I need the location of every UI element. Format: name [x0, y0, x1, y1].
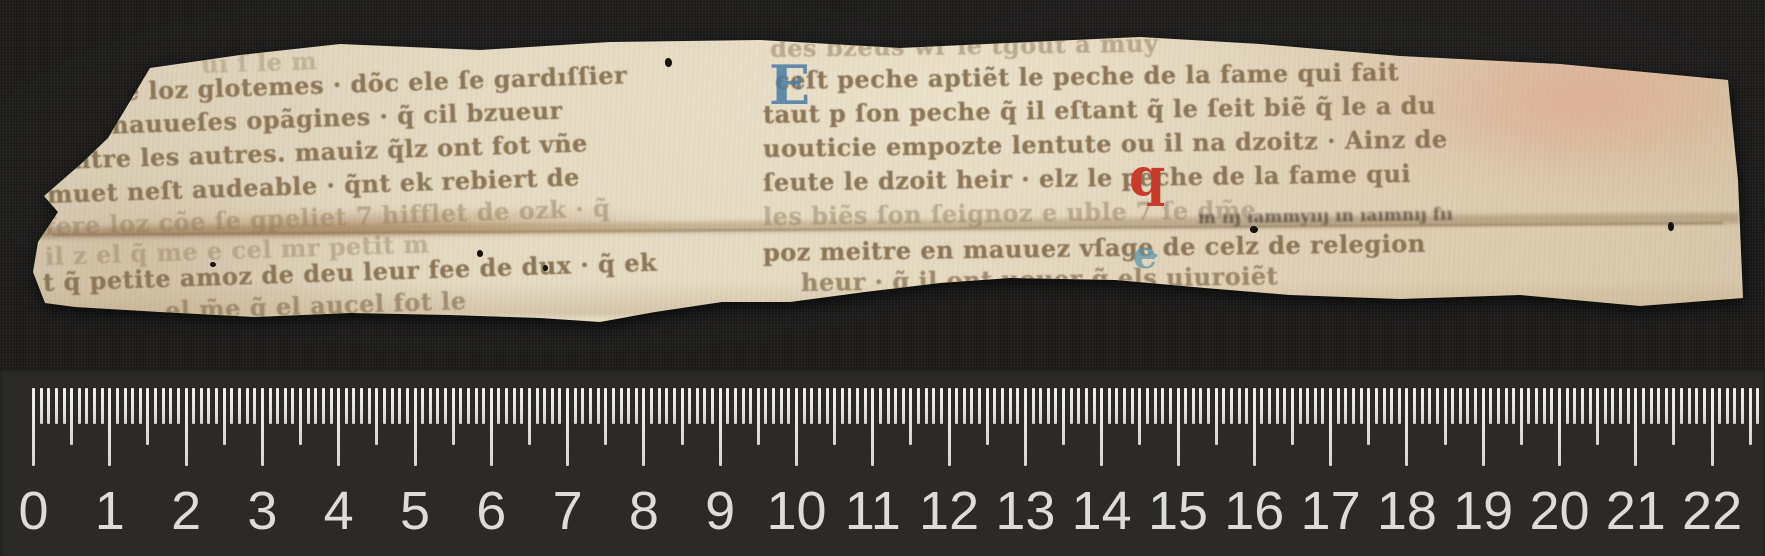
ruler-tick — [932, 388, 935, 424]
ruler-tick — [253, 388, 256, 424]
ruler-tick — [414, 388, 417, 466]
ruler-number: 22 — [1682, 480, 1742, 542]
ruler-tick — [978, 388, 981, 424]
ruler-tick — [879, 388, 882, 424]
ruler-tick — [1573, 388, 1576, 424]
ruler-tick — [246, 388, 249, 424]
ruler-tick — [1085, 388, 1088, 424]
ruler-tick — [1238, 388, 1241, 424]
ruler-tick — [1352, 388, 1355, 424]
ruler-tick — [574, 388, 577, 424]
ruler-tick — [1741, 388, 1744, 424]
ruler-tick — [291, 388, 294, 424]
ruler-tick — [543, 388, 546, 424]
ruler-number: 19 — [1453, 480, 1513, 542]
ruler-number: 8 — [629, 480, 659, 542]
ruler-tick — [55, 388, 58, 424]
ruler-tick — [238, 388, 241, 424]
ruler-tick — [146, 388, 149, 445]
ruler-tick — [1688, 388, 1691, 424]
ruler-tick — [696, 388, 699, 424]
ruler-tick — [627, 388, 630, 424]
ruler-tick — [78, 388, 81, 424]
ruler-tick — [330, 388, 333, 424]
ruler-tick — [1009, 388, 1012, 424]
ruler-tick — [1604, 388, 1607, 424]
ruler-tick — [32, 388, 35, 466]
ruler-tick — [505, 388, 508, 424]
ruler-number: 0 — [18, 480, 48, 542]
ruler-tick — [101, 388, 104, 424]
ruler-tick — [841, 388, 844, 424]
ruler-tick — [1535, 388, 1538, 424]
ruler-tick — [772, 388, 775, 424]
ruler-tick — [551, 388, 554, 424]
ruler-tick — [1413, 388, 1416, 424]
ruler-tick — [375, 388, 378, 445]
ruler-tick — [1672, 388, 1675, 445]
ruler-tick — [322, 388, 325, 424]
ruler-number: 10 — [766, 480, 826, 542]
ruler-tick — [223, 388, 226, 445]
ruler-tick — [940, 388, 943, 424]
ruler-number: 16 — [1224, 480, 1284, 542]
ruler-tick — [520, 388, 523, 424]
ruler-tick — [711, 388, 714, 424]
ruler-tick — [307, 388, 310, 424]
ruler-tick — [1192, 388, 1195, 424]
ruler-tick — [1268, 388, 1271, 424]
ruler-tick — [1756, 388, 1759, 424]
manuscript-fragment: uı ſ le m ere loz glotemes · dõc ele ſe … — [33, 34, 1745, 334]
ink-speck — [210, 262, 216, 267]
ruler-tick — [955, 388, 958, 424]
ruler-tick — [1489, 388, 1492, 424]
pink-stain — [1413, 38, 1743, 170]
ruler-tick — [1077, 388, 1080, 424]
ruler-tick — [856, 388, 859, 424]
ruler-tick — [650, 388, 653, 424]
ruler-number: 1 — [95, 480, 125, 542]
blue-initial-E: E — [769, 58, 810, 112]
ruler-number: 5 — [400, 480, 430, 542]
ruler-tick — [589, 388, 592, 424]
ruler-tick — [1329, 388, 1332, 466]
ruler-number: 14 — [1072, 480, 1132, 542]
ruler-tick — [1260, 388, 1263, 424]
ruler-tick — [490, 388, 493, 466]
ruler-tick — [734, 388, 737, 424]
ruler-tick — [1314, 388, 1317, 424]
ruler-tick — [1436, 388, 1439, 424]
ruler-tick — [391, 388, 394, 424]
ruler-tick — [658, 388, 661, 424]
ruler-tick — [1482, 388, 1485, 466]
ruler-tick — [269, 388, 272, 424]
ruler-tick — [986, 388, 989, 445]
ruler-tick — [1589, 388, 1592, 424]
ruler-number: 15 — [1148, 480, 1208, 542]
ruler-tick — [513, 388, 516, 424]
ruler-tick — [482, 388, 485, 424]
ruler-tick — [1375, 388, 1378, 424]
ruler-tick — [1543, 388, 1546, 424]
ruler-tick — [902, 388, 905, 424]
ruler-tick — [1520, 388, 1523, 445]
ruler-tick — [154, 388, 157, 424]
ruler-tick — [780, 388, 783, 424]
ruler-tick — [764, 388, 767, 424]
ruler-tick — [1726, 388, 1729, 424]
ruler-tick — [1398, 388, 1401, 424]
ruler-tick — [826, 388, 829, 424]
ruler-tick — [1253, 388, 1256, 466]
ruler-tick — [1222, 388, 1225, 424]
ruler-tick — [1177, 388, 1180, 466]
ruler-tick — [398, 388, 401, 424]
ruler-tick — [1283, 388, 1286, 424]
ruler-tick — [1650, 388, 1653, 424]
ruler-number: 21 — [1606, 480, 1666, 542]
ruler-tick — [1657, 388, 1660, 424]
ruler-tick — [1627, 388, 1630, 424]
ruler-tick — [833, 388, 836, 445]
photo-stage: uı ſ le m ere loz glotemes · dõc ele ſe … — [0, 0, 1765, 556]
text-line: heur · q̃ il ont uouer q̃ els uiuroiẽt — [801, 261, 1279, 297]
ruler-tick — [795, 388, 798, 466]
ruler-tick — [1596, 388, 1599, 445]
ruler-tick — [70, 388, 73, 445]
ruler-tick — [1619, 388, 1622, 424]
ruler-tick — [421, 388, 424, 424]
ruler-tick — [1016, 388, 1019, 424]
ruler-tick — [169, 388, 172, 424]
ruler-tick — [1108, 388, 1111, 424]
ruler-tick — [1199, 388, 1202, 424]
ruler-tick — [1070, 388, 1073, 424]
ruler-tick — [131, 388, 134, 424]
ruler-tick — [436, 388, 439, 424]
ruler-tick — [528, 388, 531, 445]
ruler-tick — [467, 388, 470, 424]
ruler-number: 6 — [476, 480, 506, 542]
ruler-tick — [1665, 388, 1668, 424]
ruler-tick — [1466, 388, 1469, 424]
ruler-tick — [1581, 388, 1584, 424]
ruler-tick — [1367, 388, 1370, 445]
ruler-tick — [1451, 388, 1454, 424]
ruler-tick — [116, 388, 119, 424]
ruler-tick — [1459, 388, 1462, 424]
ruler-tick — [1558, 388, 1561, 466]
ruler-tick — [1291, 388, 1294, 445]
ruler-tick — [558, 388, 561, 424]
ruler-tick — [207, 388, 210, 424]
ruler-number: 7 — [553, 480, 583, 542]
ruler-tick — [818, 388, 821, 424]
ruler-tick — [162, 388, 165, 424]
ruler-tick — [1611, 388, 1614, 424]
ruler-tick — [1321, 388, 1324, 424]
ruler-number: 17 — [1301, 480, 1361, 542]
ruler-tick — [925, 388, 928, 424]
ruler-tick — [1642, 388, 1645, 424]
ruler-tick — [1276, 388, 1279, 424]
ruler-tick — [192, 388, 195, 424]
ruler-tick — [108, 388, 111, 466]
ruler-tick — [803, 388, 806, 424]
ruler-tick — [1512, 388, 1515, 424]
ruler-tick — [1405, 388, 1408, 466]
ruler-tick — [1184, 388, 1187, 424]
ruler-tick — [688, 388, 691, 424]
ruler-tick — [757, 388, 760, 445]
ruler-tick — [1733, 388, 1736, 424]
ruler-tick — [360, 388, 363, 424]
ruler-tick — [604, 388, 607, 445]
text-line: ſeute le dzoit heir · elz le peche de la… — [763, 159, 1411, 197]
ruler-tick — [1550, 388, 1553, 424]
ruler-tick — [597, 388, 600, 424]
ink-speck — [477, 250, 483, 257]
ruler-tick — [63, 388, 66, 424]
ink-speck — [543, 265, 548, 271]
ruler-tick — [40, 388, 43, 424]
ruler-tick — [642, 388, 645, 466]
ruler-tick — [1230, 388, 1233, 424]
ruler-tick — [261, 388, 264, 466]
ruler-tick — [787, 388, 790, 424]
ruler-tick — [1062, 388, 1065, 445]
ruler-tick — [1711, 388, 1714, 466]
ruler-tick — [1039, 388, 1042, 424]
ruler: 012345678910111213141516171819202122 — [0, 368, 1765, 556]
ruler-number: 13 — [995, 480, 1055, 542]
ruler-tick — [1115, 388, 1118, 424]
ruler-tick — [810, 388, 813, 424]
ruler-tick — [749, 388, 752, 424]
ruler-tick — [612, 388, 615, 424]
ruler-tick — [1299, 388, 1302, 424]
ruler-tick — [497, 388, 500, 424]
ruler-tick — [1154, 388, 1157, 424]
ruler-tick — [581, 388, 584, 424]
ruler-tick — [444, 388, 447, 424]
ruler-tick — [1054, 388, 1057, 424]
ruler-tick — [1001, 388, 1004, 424]
ruler-tick — [703, 388, 706, 424]
ruler-tick — [864, 388, 867, 424]
ink-speck — [1250, 226, 1258, 233]
ruler-tick — [1146, 388, 1149, 424]
blue-mark-e: e — [1133, 236, 1157, 274]
ruler-tick — [139, 388, 142, 424]
ruler-tick — [1123, 388, 1126, 424]
ruler-number: 11 — [845, 480, 901, 542]
ruler-tick — [1527, 388, 1530, 424]
ruler-tick — [1024, 388, 1027, 466]
ruler-tick — [93, 388, 96, 424]
ruler-tick — [1566, 388, 1569, 424]
ruler-tick — [620, 388, 623, 424]
ruler-tick — [1169, 388, 1172, 424]
ruler-tick — [1383, 388, 1386, 424]
ruler-tick — [970, 388, 973, 424]
ruler-tick — [1337, 388, 1340, 424]
ruler-tick — [177, 388, 180, 424]
ruler-tick — [1474, 388, 1477, 424]
ruler-tick — [368, 388, 371, 424]
ruler-tick — [1505, 388, 1508, 424]
ruler-tick — [85, 388, 88, 424]
ruler-tick — [1749, 388, 1752, 445]
red-initial-q: q — [1129, 152, 1165, 204]
ruler-tick — [299, 388, 302, 445]
ruler-tick — [1138, 388, 1141, 445]
ruler-tick — [719, 388, 722, 466]
ruler-tick — [1344, 388, 1347, 424]
ruler-tick — [230, 388, 233, 424]
ruler-tick — [1215, 388, 1218, 445]
ruler-number: 9 — [705, 480, 735, 542]
ruler-tick — [742, 388, 745, 424]
ruler-tick — [1703, 388, 1706, 424]
ruler-tick — [352, 388, 355, 424]
erased-ink-smudge: m ııȷ ıammyııȷ ın ıaımnıȷ fıı — [1198, 204, 1534, 237]
ruler-tick — [1695, 388, 1698, 424]
ruler-tick — [848, 388, 851, 424]
ruler-tick — [1032, 388, 1035, 424]
ruler-tick — [1100, 388, 1103, 466]
ruler-tick — [909, 388, 912, 445]
ruler-tick — [47, 388, 50, 424]
ruler-number: 4 — [324, 480, 354, 542]
ruler-number: 3 — [247, 480, 277, 542]
ink-speck — [1668, 222, 1674, 231]
ruler-tick — [1497, 388, 1500, 424]
ruler-tick — [993, 388, 996, 424]
ruler-tick — [894, 388, 897, 424]
ruler-tick — [1161, 388, 1164, 424]
ruler-tick — [1428, 388, 1431, 424]
ruler-tick — [185, 388, 188, 466]
ruler-tick — [681, 388, 684, 445]
ruler-tick — [1634, 388, 1637, 466]
ruler-tick — [1207, 388, 1210, 424]
ruler-tick — [200, 388, 203, 424]
ruler-tick — [673, 388, 676, 424]
ruler-tick — [665, 388, 668, 424]
ruler-tick — [276, 388, 279, 424]
ruler-tick — [963, 388, 966, 424]
ruler-tick — [948, 388, 951, 466]
text-line: taut p ſon peche q̃ il eſtant q̃ le ſeit… — [763, 91, 1436, 129]
ruler-tick — [124, 388, 127, 424]
ruler-tick — [1306, 388, 1309, 424]
ruler-tick — [1360, 388, 1363, 424]
ruler-number: 18 — [1377, 480, 1437, 542]
ruler-tick — [1047, 388, 1050, 424]
ruler-tick — [726, 388, 729, 424]
ruler-tick — [459, 388, 462, 424]
ruler-tick — [887, 388, 890, 424]
ruler-tick — [345, 388, 348, 424]
ruler-tick — [1680, 388, 1683, 424]
ruler-tick — [215, 388, 218, 424]
ruler-tick — [383, 388, 386, 424]
ruler-tick — [917, 388, 920, 424]
ruler-tick — [1093, 388, 1096, 424]
ruler-tick — [1131, 388, 1134, 424]
ruler-tick — [314, 388, 317, 424]
ruler-tick — [1444, 388, 1447, 445]
ruler-tick — [337, 388, 340, 466]
ruler-tick — [1390, 388, 1393, 424]
ruler-tick — [635, 388, 638, 424]
ruler-tick — [452, 388, 455, 445]
ruler-tick — [429, 388, 432, 424]
text-line: uouticie empozte lentute ou il na dzoitz… — [763, 124, 1448, 163]
ruler-number: 2 — [171, 480, 201, 542]
ruler-tick — [536, 388, 539, 424]
ruler-tick — [1245, 388, 1248, 424]
parchment-surface: uı ſ le m ere loz glotemes · dõc ele ſe … — [33, 34, 1745, 334]
ink-speck — [665, 58, 672, 67]
ruler-tick — [1421, 388, 1424, 424]
ruler-tick — [406, 388, 409, 424]
text-line: ceſt peche aptiẽt le peche de la fame qu… — [775, 57, 1400, 95]
ruler-tick — [1718, 388, 1721, 424]
ruler-number: 12 — [919, 480, 979, 542]
ruler-tick — [284, 388, 287, 424]
text-line: des bzeus wr le tgout a muy — [770, 29, 1159, 63]
ruler-number: 20 — [1529, 480, 1589, 542]
ruler-tick — [871, 388, 874, 466]
ruler-tick — [475, 388, 478, 424]
ruler-tick — [566, 388, 569, 466]
